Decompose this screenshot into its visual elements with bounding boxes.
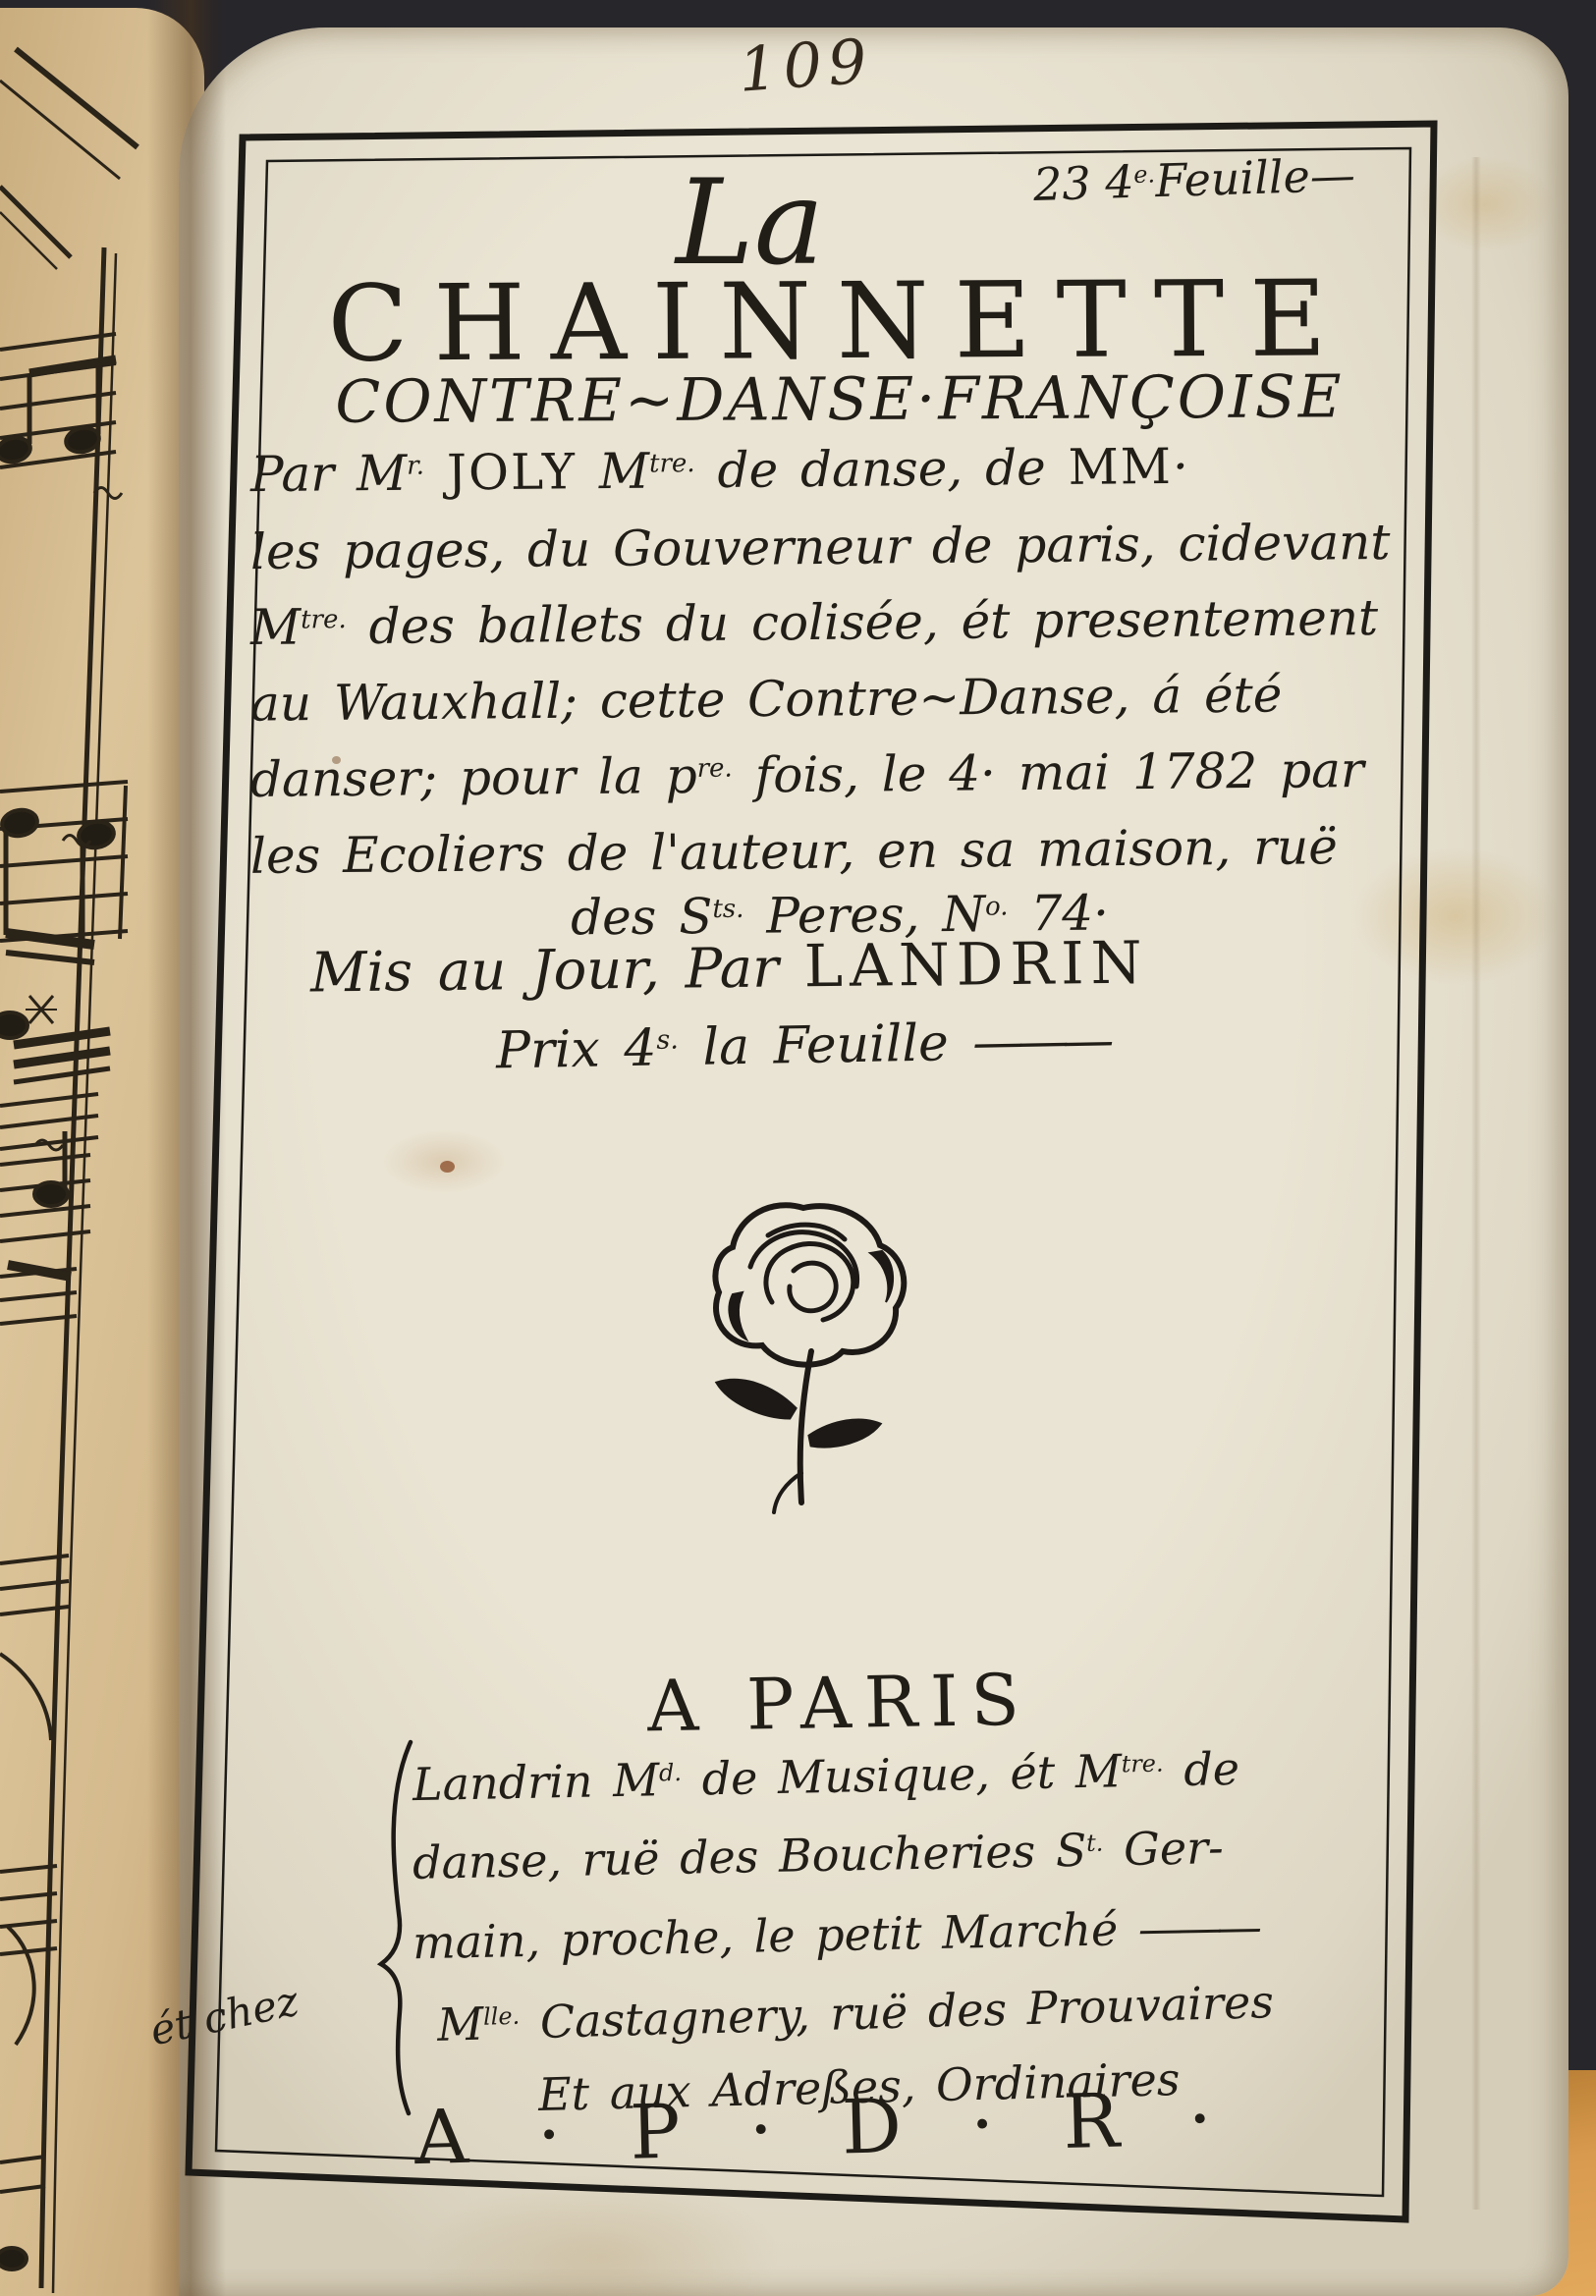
title-subtitle: CONTRE~DANSE·FRANÇOISE bbox=[246, 362, 1434, 437]
imprint-line: Par Mr. JOLY Mtre. de danse, de MM· bbox=[250, 438, 1188, 503]
imprint-line: les pages, du Gouverneur de paris, cidev… bbox=[250, 514, 1391, 580]
imprint-line: danser; pour la pre. fois, le 4· mai 178… bbox=[250, 741, 1364, 808]
price-line: Prix 4s. la Feuille ——— bbox=[496, 1011, 1109, 1081]
handwritten-page-number: 109 bbox=[737, 25, 875, 105]
imprint-line: les Ecoliers de l'auteur, en sa maison, … bbox=[250, 818, 1338, 885]
photo-of-book: 109 23 4e.Feuille— La CHAINNETTE CONTRE~… bbox=[0, 0, 1596, 2296]
rose-ornament bbox=[678, 1176, 933, 1540]
publisher-line: Mis au Jour, Par LANDRIN bbox=[310, 929, 1149, 1006]
imprint-line: Mtre. des ballets du colisée, ét present… bbox=[250, 589, 1379, 656]
imprint-line: au Wauxhall; cette Contre~Danse, á été bbox=[250, 666, 1283, 732]
sheet-number-label: 23 4e.Feuille— bbox=[1032, 148, 1349, 211]
